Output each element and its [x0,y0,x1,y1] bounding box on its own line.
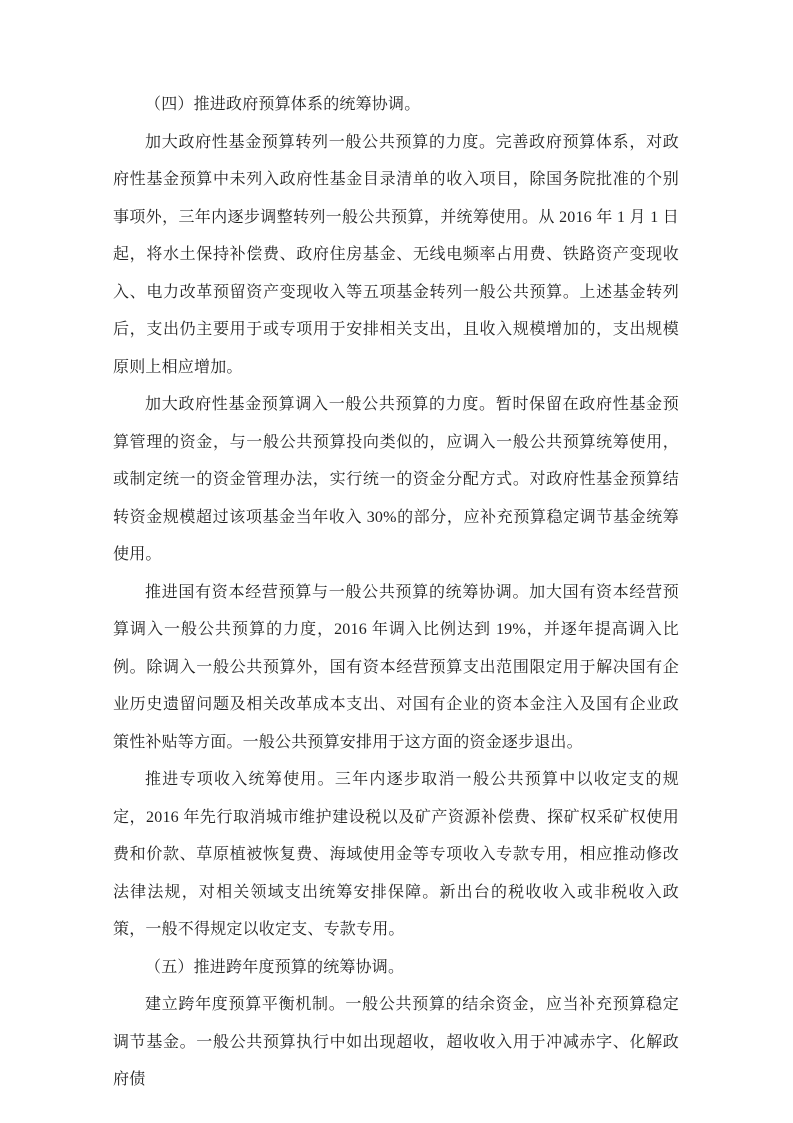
section-heading-5: （五）推进跨年度预算的统筹协调。 [113,949,679,987]
body-paragraph-special-revenue: 推进专项收入统筹使用。三年内逐步取消一般公共预算中以收定支的规定，2016 年先… [113,761,679,949]
body-paragraph-cross-year-budget: 建立跨年度预算平衡机制。一般公共预算的结余资金，应当补充预算稳定调节基金。一般公… [113,986,679,1099]
section-heading-4: （四）推进政府预算体系的统筹协调。 [113,86,679,124]
document-body: （四）推进政府预算体系的统筹协调。 加大政府性基金预算转列一般公共预算的力度。完… [113,86,679,1099]
body-paragraph-fund-allocation: 加大政府性基金预算调入一般公共预算的力度。暂时保留在政府性基金预算管理的资金，与… [113,386,679,574]
body-paragraph-state-capital: 推进国有资本经营预算与一般公共预算的统筹协调。加大国有资本经营预算调入一般公共预… [113,574,679,762]
body-paragraph-fund-transfer: 加大政府性基金预算转列一般公共预算的力度。完善政府预算体系，对政府性基金预算中未… [113,124,679,387]
document-page: （四）推进政府预算体系的统筹协调。 加大政府性基金预算转列一般公共预算的力度。完… [0,0,793,1123]
